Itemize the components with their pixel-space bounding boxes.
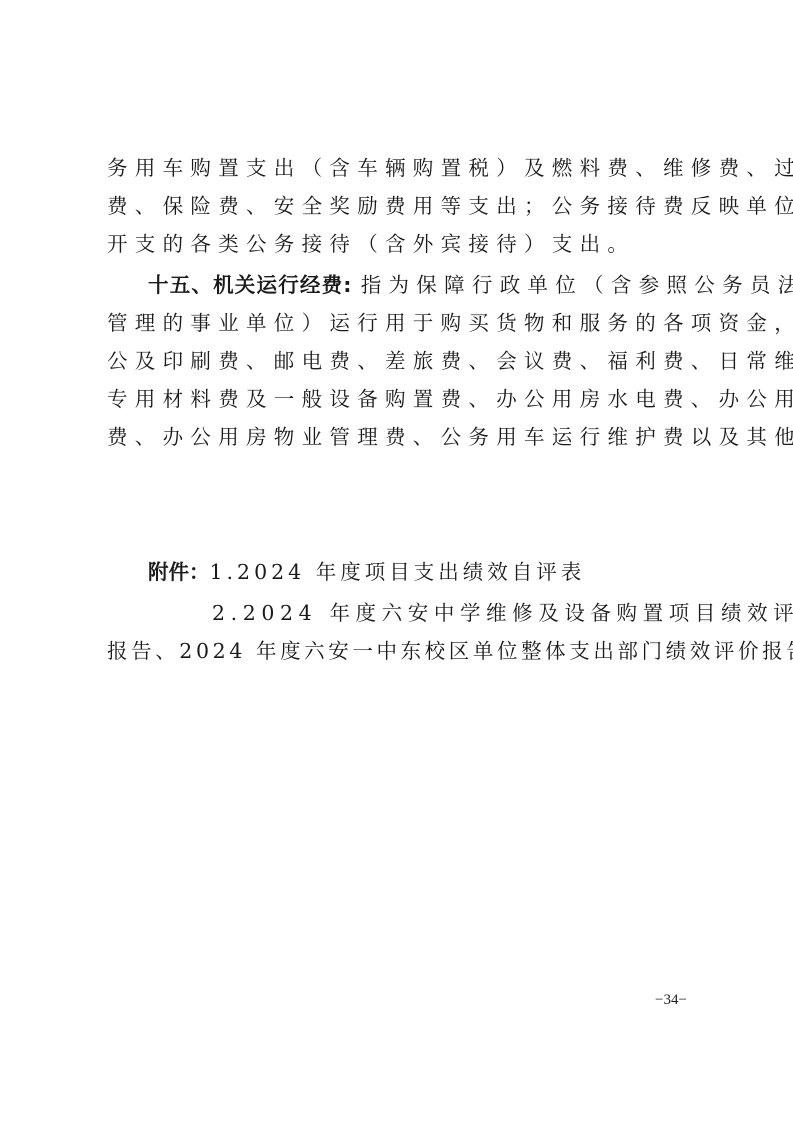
attachment-item-2-line-1: 2.2024 年度六安中学维修及设备购置项目绩效评价	[212, 598, 702, 628]
paragraph-1-line-1: 务用车购置支出（含车辆购置税）及燃料费、维修费、过桥过路	[107, 153, 697, 183]
paragraph-2-line-1-text: 指为保障行政单位（含参照公务员法	[361, 273, 793, 297]
paragraph-2-line-1: 十五、机关运行经费:指为保障行政单位（含参照公务员法	[148, 270, 698, 300]
attachment-item-1: 1.2024 年度项目支出绩效自评表	[210, 560, 586, 584]
attachment-label: 附件：	[148, 560, 210, 584]
paragraph-1-line-3: 开支的各类公务接待（含外宾接待）支出。	[107, 229, 697, 259]
paragraph-1-line-2: 费、保险费、安全奖励费用等支出；公务接待费反映单位按规定	[107, 191, 697, 221]
section-heading: 十五、机关运行经费:	[148, 273, 353, 297]
paragraph-2-line-4: 专用材料费及一般设备购置费、办公用房水电费、办公用房取暖	[107, 384, 697, 414]
document-page: 务用车购置支出（含车辆购置税）及燃料费、维修费、过桥过路 费、保险费、安全奖励费…	[0, 0, 793, 1122]
attachment-item-2-line-2: 报告、2024 年度六安一中东校区单位整体支出部门绩效评价报告	[107, 636, 697, 666]
paragraph-2-line-2: 管理的事业单位）运行用于购买货物和服务的各项资金，包括办	[107, 308, 697, 338]
page-number: −34−	[655, 992, 687, 1009]
attachment-line-1: 附件：1.2024 年度项目支出绩效自评表	[148, 557, 698, 587]
paragraph-2-line-3: 公及印刷费、邮电费、差旅费、会议费、福利费、日常维修费、	[107, 346, 697, 376]
paragraph-2-line-5: 费、办公用房物业管理费、公务用车运行维护费以及其他费用。	[107, 422, 697, 452]
